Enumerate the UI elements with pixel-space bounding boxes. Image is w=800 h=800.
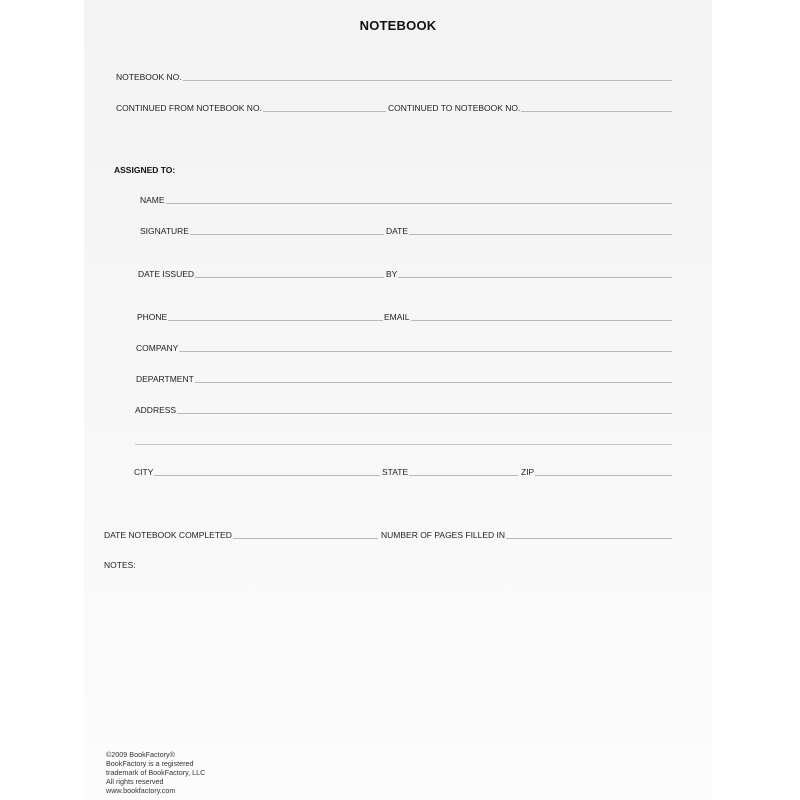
date-line[interactable] <box>409 234 672 235</box>
name-label: NAME <box>140 195 166 205</box>
zip-line[interactable] <box>535 475 672 476</box>
continued-from-label: CONTINUED FROM NOTEBOOK NO. <box>116 103 263 113</box>
pages-filled-label: NUMBER OF PAGES FILLED IN <box>381 530 506 540</box>
assigned-to-heading: ASSIGNED TO: <box>114 165 175 175</box>
notebook-no-field[interactable]: NOTEBOOK NO. <box>116 68 672 82</box>
continued-from-field[interactable]: CONTINUED FROM NOTEBOOK NO. <box>116 99 386 113</box>
date-completed-line[interactable] <box>233 538 378 539</box>
company-label: COMPANY <box>136 343 179 353</box>
footer-line: All rights reserved <box>106 777 205 786</box>
address-label: ADDRESS <box>135 405 177 415</box>
date-issued-line[interactable] <box>195 277 384 278</box>
continued-to-field[interactable]: CONTINUED TO NOTEBOOK NO. <box>388 99 672 113</box>
notebook-no-line[interactable] <box>183 80 672 81</box>
phone-label: PHONE <box>137 312 168 322</box>
address-line[interactable] <box>177 413 672 414</box>
phone-field[interactable]: PHONE <box>137 308 383 322</box>
by-label: BY <box>386 269 398 279</box>
state-line[interactable] <box>409 475 518 476</box>
date-issued-field[interactable]: DATE ISSUED <box>138 265 384 279</box>
company-field[interactable]: COMPANY <box>136 339 672 353</box>
date-field[interactable]: DATE <box>386 222 672 236</box>
address-field[interactable]: ADDRESS <box>135 401 672 415</box>
by-line[interactable] <box>398 277 672 278</box>
signature-field[interactable]: SIGNATURE <box>140 222 384 236</box>
address-line-2[interactable] <box>135 444 672 445</box>
email-label: EMAIL <box>384 312 411 322</box>
signature-line[interactable] <box>190 234 384 235</box>
city-line[interactable] <box>154 475 380 476</box>
department-field[interactable]: DEPARTMENT <box>136 370 672 384</box>
department-label: DEPARTMENT <box>136 374 195 384</box>
state-label: STATE <box>382 467 409 477</box>
pages-filled-field[interactable]: NUMBER OF PAGES FILLED IN <box>381 526 672 540</box>
notes-label: NOTES: <box>104 560 136 570</box>
notebook-page: NOTEBOOK NOTEBOOK NO. CONTINUED FROM NOT… <box>84 0 712 800</box>
continued-to-line[interactable] <box>521 111 672 112</box>
continued-from-line[interactable] <box>263 111 386 112</box>
notebook-no-label: NOTEBOOK NO. <box>116 72 183 82</box>
footer-line: ©2009 BookFactory® <box>106 750 205 759</box>
date-label: DATE <box>386 226 409 236</box>
date-completed-field[interactable]: DATE NOTEBOOK COMPLETED <box>104 526 378 540</box>
city-field[interactable]: CITY <box>134 463 380 477</box>
name-field[interactable]: NAME <box>140 191 672 205</box>
company-line[interactable] <box>179 351 672 352</box>
signature-label: SIGNATURE <box>140 226 190 236</box>
phone-line[interactable] <box>168 320 383 321</box>
department-line[interactable] <box>195 382 672 383</box>
state-field[interactable]: STATE <box>382 463 518 477</box>
footer-line: BookFactory is a registered <box>106 759 205 768</box>
date-issued-label: DATE ISSUED <box>138 269 195 279</box>
email-line[interactable] <box>411 320 672 321</box>
footer-link[interactable]: www.bookfactory.com <box>106 786 205 795</box>
page-title: NOTEBOOK <box>84 18 712 33</box>
pages-filled-line[interactable] <box>506 538 672 539</box>
city-label: CITY <box>134 467 154 477</box>
name-line[interactable] <box>166 203 672 204</box>
footer-line: trademark of BookFactory, LLC <box>106 768 205 777</box>
zip-label: ZIP <box>521 467 535 477</box>
date-completed-label: DATE NOTEBOOK COMPLETED <box>104 530 233 540</box>
copyright-footer: ©2009 BookFactory® BookFactory is a regi… <box>106 750 205 795</box>
zip-field[interactable]: ZIP <box>521 463 672 477</box>
continued-to-label: CONTINUED TO NOTEBOOK NO. <box>388 103 521 113</box>
email-field[interactable]: EMAIL <box>384 308 672 322</box>
by-field[interactable]: BY <box>386 265 672 279</box>
